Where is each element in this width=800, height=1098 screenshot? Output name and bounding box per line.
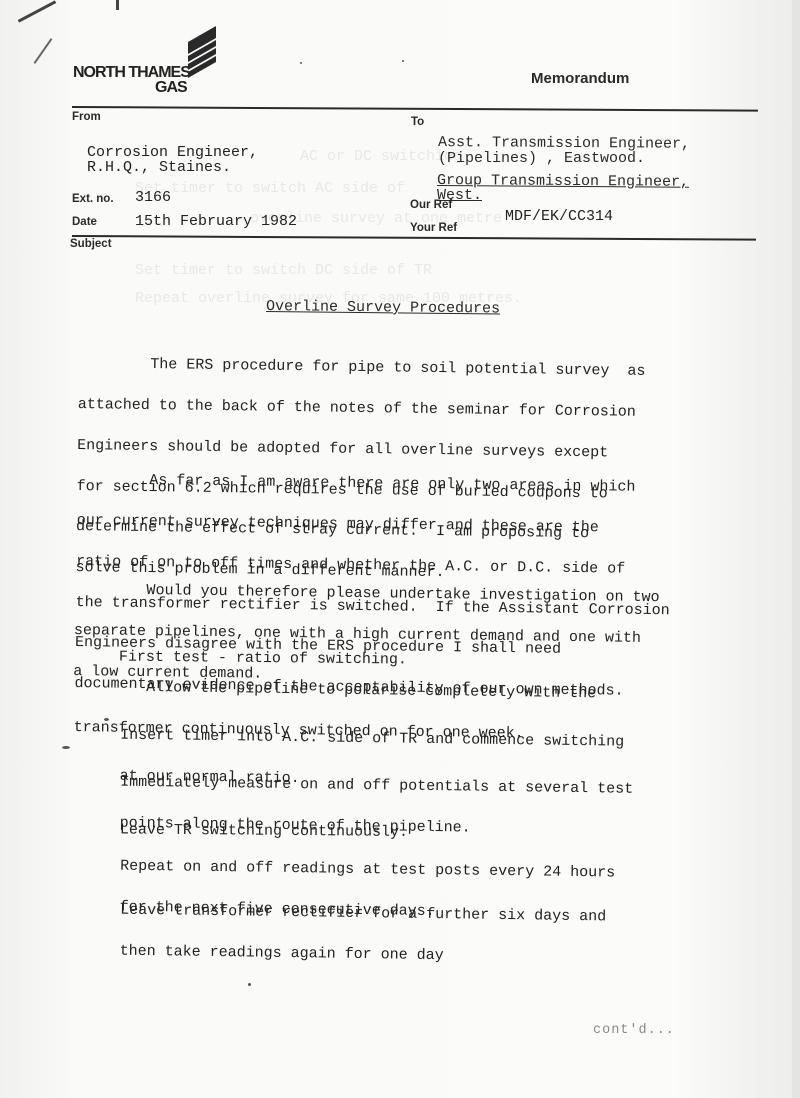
memo-subject-title: Overline Survey Procedures [266,298,500,317]
our-ref-value: MDF/EK/CC314 [505,208,613,225]
ext-value: 3166 [135,189,171,206]
to-label: To [411,116,424,128]
scan-speck [104,718,109,721]
scan-speck [62,746,70,749]
body-line: Allow the pipeline to polarise completel… [74,680,596,701]
date-value: 15th February 1982 [135,213,297,230]
from-line: R.H.Q., Staines. [87,159,231,176]
body-paragraph: Leave transformer rectifier for a furthe… [74,876,606,979]
body-line: then take readings again for one day [75,944,606,965]
date-label: Date [72,216,97,228]
body-line: The ERS procedure for pipe to soil poten… [78,357,645,379]
ext-label: Ext. no. [72,193,114,205]
from-label: From [72,111,101,123]
scan-speck [300,62,302,64]
continuation-note: cont'd... [593,1023,675,1038]
our-ref-label: Our Ref [410,199,452,211]
page-edge [792,0,800,1098]
striped-parallelogram-logo-icon [188,24,216,84]
body-line: As far as I am aware there are only two … [77,473,671,495]
show-through-text: Set timer to switch DC side of TR [135,262,432,279]
scan-mark [116,0,119,10]
body-line: Leave transformer rectifier for a furthe… [75,903,606,924]
to-line: (Pipelines) , Eastwood. [438,150,645,167]
body-line: Would you therefore please undertake inv… [74,583,659,605]
show-through-text: Set timer to switch AC side of [135,180,405,197]
subject-label: Subject [70,238,112,250]
body-line: attached to the back of the notes of the… [78,398,645,420]
scan-speck [248,983,251,986]
document-type-title: Memorandum [531,70,629,87]
scan-speck [402,60,404,62]
body-line: Insert timer into A.C. side of TR and co… [75,728,624,749]
body-line: Immediately measure on and off potential… [75,775,633,796]
your-ref-label: Your Ref [410,222,457,234]
body-line: our current survey techniques may differ… [77,514,671,536]
company-name-line2: GAS [155,80,187,96]
